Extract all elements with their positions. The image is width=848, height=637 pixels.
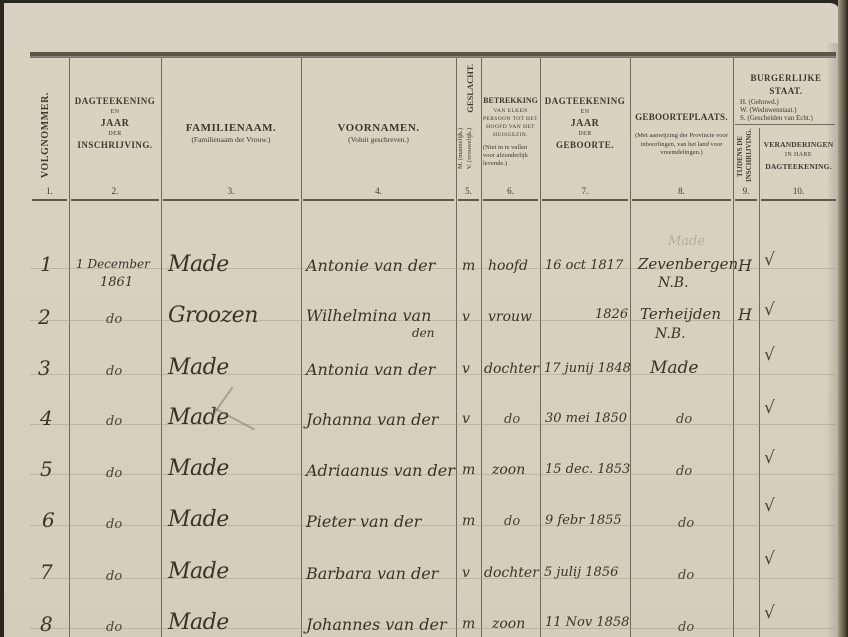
header-rule — [303, 199, 454, 201]
check-mark-icon: √ — [764, 603, 775, 623]
entry-sex: v — [462, 361, 470, 377]
entry-sex: m — [462, 616, 475, 632]
header-line: DAGTEEKENING — [71, 95, 159, 108]
entry-family-name: Made — [168, 456, 229, 481]
entry-date: 1 December — [76, 257, 150, 271]
entry-birth-date: 1826 — [595, 307, 628, 322]
header-line: HOOFD VAN HET — [483, 123, 538, 131]
entry-birth-date: 30 mei 1850 — [545, 411, 627, 426]
check-mark-icon: √ — [764, 300, 775, 320]
entry-sex: v — [462, 411, 470, 427]
entry-birth-date: 9 febr 1855 — [545, 513, 622, 528]
entry-birth-date: 5 julij 1856 — [544, 565, 618, 580]
column-number: 5. — [458, 186, 479, 196]
header-rule — [542, 199, 628, 201]
header-line: EN — [71, 108, 159, 117]
header-voornamen: VOORNAMEN. (Voluit geschreven.) — [303, 122, 454, 145]
entry-given-names-cont: den — [412, 326, 435, 340]
entry-family-name: Made — [168, 405, 229, 430]
check-mark-icon: √ — [764, 345, 775, 365]
header-dagteekening-inschrijving: DAGTEEKENING EN JAAR DER INSCHRIJVING. — [71, 95, 159, 152]
header-line: VAN ELKEN — [483, 107, 538, 115]
entry-birthplace: Terheijden — [640, 305, 721, 323]
header-line: IN HARE — [761, 151, 836, 160]
entry-relation: hoofd — [488, 258, 528, 274]
column-divider — [759, 128, 760, 637]
header-title: BETREKKING — [483, 94, 538, 107]
entry-date-ditto: do — [106, 517, 122, 532]
header-familienaam: FAMILIENAAM. (Familienaam der Vrouw.) — [163, 122, 299, 145]
check-mark-icon: √ — [764, 250, 775, 270]
entry-date-ditto: do — [106, 414, 122, 429]
entry-given-names: Wilhelmina van — [306, 306, 431, 325]
column-number: 1. — [32, 186, 67, 196]
header-line: INSCHRIJVING. — [71, 139, 159, 152]
header-geboorteplaats: GEBOORTEPLAATS. (Met aanwijzing der Prov… — [634, 111, 729, 158]
header-geslacht: GESLACHT. — [465, 64, 475, 113]
entry-family-name: Groozen — [168, 303, 258, 328]
top-rule-thin — [30, 57, 836, 58]
entry-birth-date: 16 oct 1817 — [545, 258, 623, 273]
header-rule — [632, 199, 731, 201]
column-divider — [481, 58, 482, 637]
entry-birth-date: 15 dec. 1853 — [545, 462, 630, 477]
entry-birthplace-ditto: do — [676, 464, 692, 479]
entry-relation: dochter — [484, 565, 539, 581]
entry-relation: zoon — [492, 462, 525, 478]
entry-birth-date: 11 Nov 1858 — [545, 615, 629, 630]
header-line: HUISGEZIN. — [483, 131, 538, 139]
entry-sex: v — [462, 565, 470, 581]
header-line: EN — [542, 108, 628, 117]
check-mark-icon: √ — [764, 448, 775, 468]
header-legend-w: W. (Weduwenstaat.) — [736, 106, 836, 114]
entry-given-names: Pieter van der — [306, 512, 421, 531]
column-divider — [69, 58, 70, 637]
entry-birthplace-ditto: do — [678, 516, 694, 531]
header-line: GEBOORTE. — [542, 139, 628, 152]
column-divider — [301, 58, 302, 637]
header-line: JAAR — [542, 117, 628, 130]
column-number: 10. — [761, 186, 836, 196]
entry-birthplace-ditto: do — [678, 620, 694, 635]
entry-given-names: Johanna van der — [306, 410, 438, 429]
entry-date-ditto: do — [106, 620, 122, 635]
entry-family-name: Made — [168, 610, 229, 635]
row-line — [30, 525, 836, 526]
header-rule — [735, 124, 835, 125]
header-volgnommer: VOLGNOMMER. — [40, 92, 51, 178]
check-mark-icon: √ — [764, 496, 775, 516]
column-number: 3. — [163, 186, 299, 196]
header-rule — [483, 199, 538, 201]
header-line: VERANDERINGEN — [761, 138, 836, 151]
header-tijdens-inschrijving: TIJDENS DE INSCHRIJVING. — [736, 130, 758, 182]
column-number: 4. — [303, 186, 454, 196]
entry-sex: m — [462, 462, 475, 478]
header-rule — [32, 199, 67, 201]
header-dagteekening-geboorte: DAGTEEKENING EN JAAR DER GEBOORTE. — [542, 95, 628, 152]
entry-birthplace-ditto: do — [676, 412, 692, 427]
column-divider — [630, 58, 631, 637]
column-number: 2. — [71, 186, 159, 196]
entry-relation-ditto: do — [504, 514, 520, 529]
entry-family-name: Made — [168, 559, 229, 584]
header-line: JAAR — [71, 117, 159, 130]
header-line: DAGTEEKENING — [542, 95, 628, 108]
column-divider — [161, 58, 162, 637]
check-mark-icon: √ — [764, 398, 775, 418]
header-subtitle: (Voluit geschreven.) — [303, 135, 454, 145]
entry-relation: dochter — [484, 361, 539, 377]
entry-place-pencil: Made — [668, 234, 705, 249]
header-geslacht-v: V. (vrouwelijk.) — [466, 128, 473, 169]
entry-number: 2 — [38, 305, 51, 329]
entry-civil-state: H — [738, 256, 752, 275]
entry-given-names: Antonie van der — [306, 256, 435, 275]
entry-family-name: Made — [168, 252, 229, 277]
header-title: VOORNAMEN. — [303, 122, 454, 135]
header-burgerlijke-staat: BURGERLIJKE STAAT. H. (Gehuwd.) W. (Wedu… — [736, 72, 836, 122]
check-mark-icon: √ — [764, 549, 775, 569]
entry-number: 5 — [40, 457, 53, 481]
header-line: DER — [71, 130, 159, 139]
column-divider — [540, 58, 541, 637]
header-legend-h: H. (Gehuwd.) — [736, 98, 836, 106]
entry-given-names: Johannes van der — [306, 615, 447, 634]
column-number: 9. — [735, 186, 757, 196]
entry-given-names: Antonia van der — [306, 360, 435, 379]
header-geslacht-m: M. (mannelijk.) — [457, 128, 464, 169]
entry-birthplace: Made — [650, 358, 699, 378]
header-line: DAGTEEKENING. — [761, 160, 836, 173]
header-subtitle: (Met aanwijzing der Provincie voor inboo… — [634, 132, 729, 158]
entry-sex: v — [462, 309, 470, 325]
header-title: FAMILIENAAM. — [163, 122, 299, 135]
header-line: DER — [542, 130, 628, 139]
header-betrekking: BETREKKING VAN ELKEN PERSOON TOT HET HOO… — [483, 94, 538, 168]
header-subtitle: (Familienaam der Vrouw.) — [163, 135, 299, 145]
entry-family-name: Made — [168, 507, 229, 532]
entry-sex: m — [462, 258, 475, 274]
entry-number: 7 — [40, 560, 53, 584]
entry-birth-date: 17 junij 1848 — [544, 361, 631, 376]
entry-birthplace: Zevenbergen — [638, 255, 738, 273]
entry-number: 3 — [38, 356, 51, 380]
header-line: PERSOON TOT HET — [483, 115, 538, 123]
column-number: 7. — [542, 186, 628, 196]
entry-number: 4 — [40, 406, 53, 430]
entry-given-names: Adriaanus van der — [306, 461, 455, 480]
header-title: GEBOORTEPLAATS. — [634, 111, 729, 124]
entry-family-name: Made — [168, 355, 229, 380]
column-number: 6. — [483, 186, 538, 196]
entry-number: 8 — [40, 612, 53, 636]
entry-date-ditto: do — [106, 364, 122, 379]
header-rule — [458, 199, 479, 201]
header-rule — [761, 199, 836, 201]
entry-number: 1 — [40, 252, 53, 276]
entry-date-ditto: do — [106, 466, 122, 481]
entry-civil-state: H — [738, 305, 752, 324]
header-note: (Niet in te vullen voor afzonderlijk lev… — [483, 144, 538, 168]
entry-date-ditto: do — [106, 569, 122, 584]
entry-year: 1861 — [100, 275, 133, 290]
entry-birthplace-province: N.B. — [658, 275, 689, 291]
entry-sex: m — [462, 513, 475, 529]
entry-relation-ditto: do — [504, 412, 520, 427]
header-veranderingen: VERANDERINGEN IN HARE DAGTEEKENING. — [761, 138, 836, 173]
header-rule — [163, 199, 299, 201]
entry-relation: vrouw — [488, 309, 532, 325]
entry-date-ditto: do — [106, 312, 122, 327]
entry-given-names: Barbara van der — [306, 564, 438, 583]
header-rule — [71, 199, 159, 201]
entry-birthplace-province: N.B. — [655, 326, 686, 342]
column-divider — [733, 58, 734, 637]
header-title: BURGERLIJKE STAAT. — [736, 72, 836, 98]
book-spine — [838, 0, 848, 637]
entry-relation: zoon — [492, 616, 525, 632]
header-legend-s: S. (Gescheiden van Echt.) — [736, 114, 836, 122]
entry-birthplace-ditto: do — [678, 568, 694, 583]
column-number: 8. — [632, 186, 731, 196]
entry-number: 6 — [42, 508, 55, 532]
header-rule — [735, 199, 757, 201]
